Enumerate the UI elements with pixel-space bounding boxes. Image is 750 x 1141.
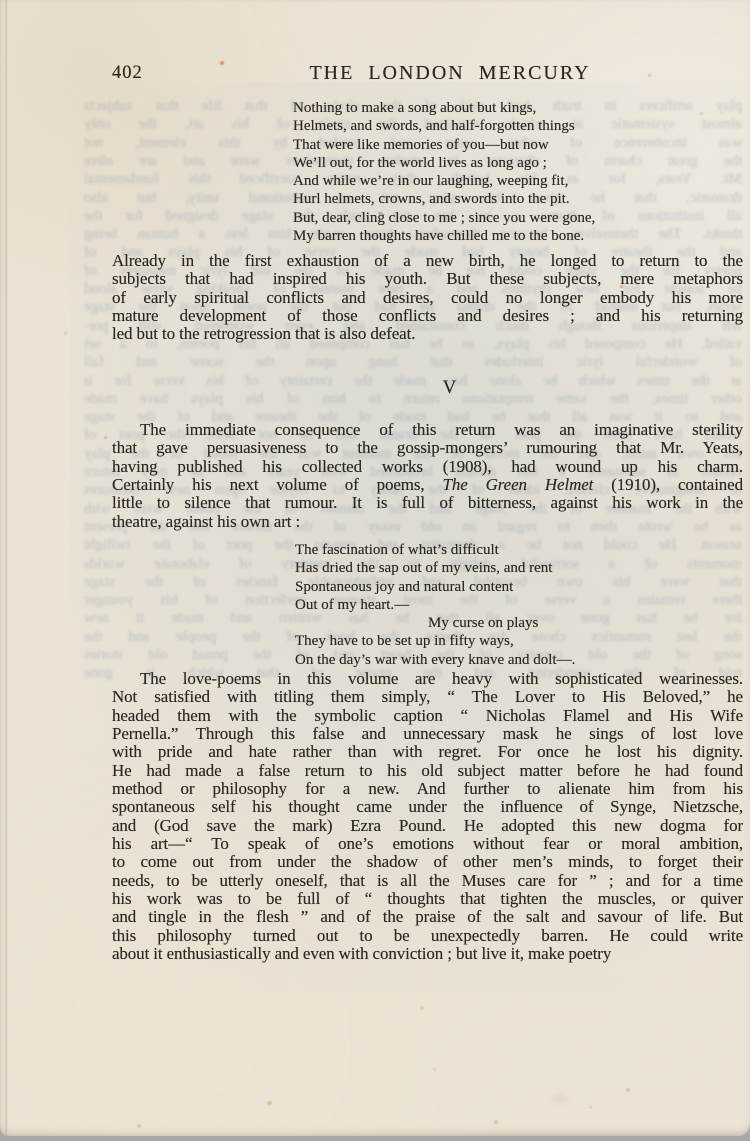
text-line: mature development of those conflicts an… xyxy=(112,307,743,325)
text-line: Already in the first exhaustion of a new… xyxy=(112,252,743,270)
text-line: of early spiritual conflicts and desires… xyxy=(112,289,743,307)
text-line: theatre, against his own art : xyxy=(112,513,743,531)
page-number: 402 xyxy=(112,63,143,84)
poem-excerpt-2: The fascination of what’s difficultHas d… xyxy=(295,541,575,669)
poem-line: My barren thoughts have chilled me to th… xyxy=(293,227,595,245)
foxing-spot xyxy=(494,1120,498,1124)
text-line: little to silence that rumour. It is ful… xyxy=(112,494,743,512)
text-line: about it enthusiastically and even with … xyxy=(112,945,743,963)
poem-line: We’ll out, for the world lives as long a… xyxy=(293,154,595,172)
foxing-spot xyxy=(626,1088,630,1092)
poem-line: Nothing to make a song about but kings, xyxy=(293,99,595,117)
text-line: Pernella.” Through this false and unnece… xyxy=(112,725,743,743)
poem-line: Out of my heart.— xyxy=(295,596,575,614)
text-line: method or philosophy for a new. And furt… xyxy=(112,780,743,798)
text-line: his work was to be full of “ thoughts th… xyxy=(112,890,743,908)
text-line: He had made a false return to his old su… xyxy=(112,762,743,780)
section-heading: V xyxy=(140,377,750,399)
text-line: with pride and hate rather than with reg… xyxy=(112,743,743,761)
poem-line: That were like memories of you—but now xyxy=(293,136,595,154)
text-line: and (God save the mark) Ezra Pound. He a… xyxy=(112,817,743,835)
poem-line: They have to be set up in fifty ways, xyxy=(295,632,575,650)
text-line: having published his collected works (19… xyxy=(112,458,743,476)
poem-line: The fascination of what’s difficult xyxy=(295,541,575,559)
foxing-spot xyxy=(104,436,107,439)
book-page: play artificers in truth had said of the… xyxy=(0,0,750,1136)
scanned-book-page-screenshot: { "header": { "page_number": "402", "jou… xyxy=(0,0,750,1141)
text-line: subjects that had inspired his youth. Bu… xyxy=(112,270,743,288)
page-binding-crease xyxy=(4,0,8,1136)
text-line: Certainly his next volume of poems, The … xyxy=(112,476,743,494)
foxing-smudge xyxy=(552,1095,568,1103)
text-line: this philosophy turned out to be unexpec… xyxy=(112,927,743,945)
text-line: headed them with the symbolic caption “ … xyxy=(112,707,743,725)
foxing-spot xyxy=(137,1124,141,1128)
poem-line: But, dear, cling close to me ; since you… xyxy=(293,209,595,227)
foxing-spot xyxy=(420,1006,424,1010)
poem-line: Spontaneous joy and natural content xyxy=(295,578,575,596)
text-line: and tingle in the flesh ” and of the pra… xyxy=(112,908,743,926)
paragraph-2: The immediate consequence of this return… xyxy=(112,421,743,531)
text-line: Not satisfied with titling them simply, … xyxy=(112,688,743,706)
text-line: needs, to be utterly oneself, that is al… xyxy=(112,872,743,890)
foxing-spot xyxy=(267,1101,272,1105)
poem-line: My curse on plays xyxy=(295,614,575,632)
foxing-spot xyxy=(64,332,67,335)
paragraph-3: The love-poems in this volume are heavy … xyxy=(112,670,743,964)
poem-excerpt-1: Nothing to make a song about but kings,H… xyxy=(293,99,595,245)
text-line: led but to the retrogression that is als… xyxy=(112,325,743,343)
text-line: his art—“ To speak of one’s emotions wit… xyxy=(112,835,743,853)
foxing-spot xyxy=(589,1106,592,1109)
poem-line: Helmets, and swords, and half-forgotten … xyxy=(293,117,595,135)
text-line: The immediate consequence of this return… xyxy=(112,421,743,439)
text-line: The love-poems in this volume are heavy … xyxy=(112,670,743,688)
poem-line: And while we’re in our laughing, weeping… xyxy=(293,172,595,190)
show-through-ghost-line: of wonderful lyric interludes that hang … xyxy=(84,353,742,372)
text-line: to come out from under the shadow of oth… xyxy=(112,853,743,871)
paragraph-1: Already in the first exhaustion of a new… xyxy=(112,252,743,344)
journal-title: THE LONDON MERCURY xyxy=(140,62,750,85)
text-line: that gave persuasiveness to the gossip-m… xyxy=(112,439,743,457)
poem-line: On the day’s war with every knave and do… xyxy=(295,651,575,669)
poem-line: Hurl helmets, crowns, and swords into th… xyxy=(293,190,595,208)
foxing-spot xyxy=(700,112,703,115)
text-line: spontaneous self his thought came under … xyxy=(112,798,743,816)
foxing-spot xyxy=(433,1068,436,1071)
poem-line: Has dried the sap out of my veins, and r… xyxy=(295,559,575,577)
